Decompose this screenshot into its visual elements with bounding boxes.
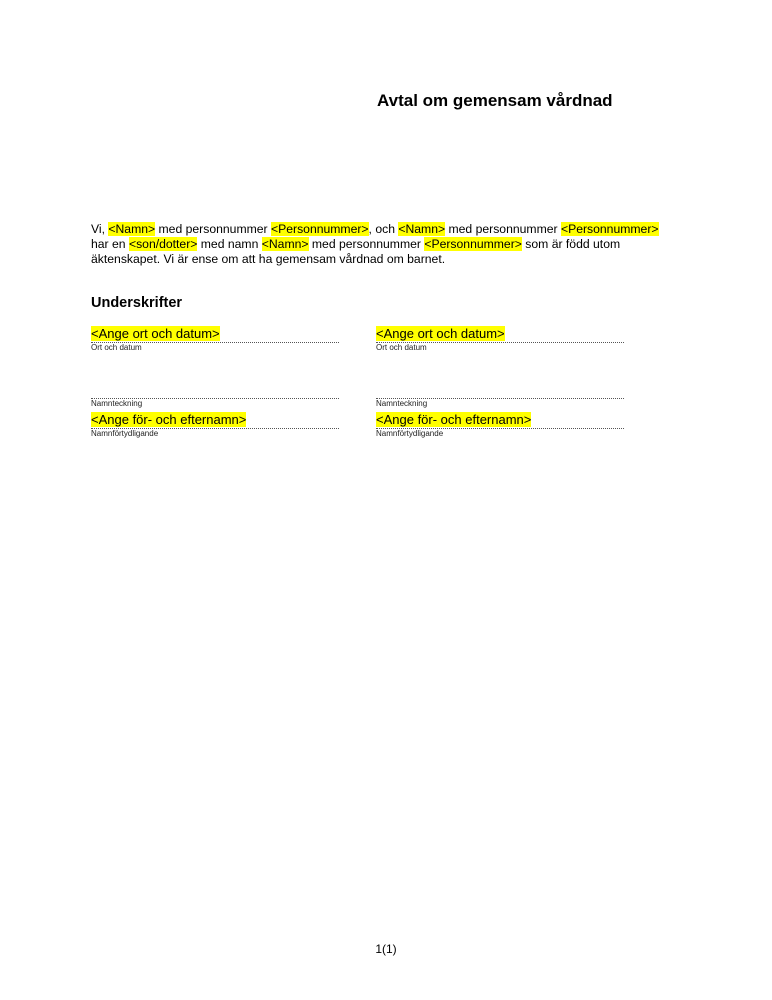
name-caption: Namnförtydligande xyxy=(91,429,339,439)
signature-caption: Namnteckning xyxy=(91,399,339,409)
place-date-caption: Ort och datum xyxy=(91,343,339,353)
name-caption: Namnförtydligande xyxy=(376,429,624,439)
placeholder-field[interactable]: <Namn> xyxy=(262,237,309,251)
placeholder-field[interactable]: <Personnummer> xyxy=(424,237,522,251)
intro-line-2: har en <son/dotter> med namn <Namn> med … xyxy=(91,237,691,252)
name-field[interactable]: <Ange för- och efternamn> Namnförtydliga… xyxy=(376,412,624,439)
intro-text: som är född utom xyxy=(522,237,620,251)
place-date-field[interactable]: <Ange ort och datum> Ort och datum xyxy=(376,326,624,353)
intro-line-3: äktenskapet. Vi är ense om att ha gemens… xyxy=(91,252,691,267)
signature-caption: Namnteckning xyxy=(376,399,624,409)
intro-text: med personnummer xyxy=(309,237,425,251)
signatures-heading: Underskrifter xyxy=(91,295,182,311)
intro-text: med personnummer xyxy=(445,222,561,236)
page-number: 1(1) xyxy=(0,942,772,956)
intro-paragraph: Vi, <Namn> med personnummer <Personnumme… xyxy=(91,222,691,267)
name-field[interactable]: <Ange för- och efternamn> Namnförtydliga… xyxy=(91,412,339,439)
name-value[interactable]: <Ange för- och efternamn> xyxy=(376,412,531,427)
intro-text: med personnummer xyxy=(155,222,271,236)
intro-line-1: Vi, <Namn> med personnummer <Personnumme… xyxy=(91,222,691,237)
signature-block-1: <Ange ort och datum> Ort och datum Namnt… xyxy=(91,326,339,439)
placeholder-field[interactable]: <son/dotter> xyxy=(129,237,197,251)
placeholder-field[interactable]: <Namn> xyxy=(398,222,445,236)
placeholder-field[interactable]: <Personnummer> xyxy=(561,222,659,236)
signature-block-2: <Ange ort och datum> Ort och datum Namnt… xyxy=(376,326,624,439)
intro-text: har en xyxy=(91,237,129,251)
document-title: Avtal om gemensam vårdnad xyxy=(377,91,613,111)
name-value[interactable]: <Ange för- och efternamn> xyxy=(91,412,246,427)
place-date-caption: Ort och datum xyxy=(376,343,624,353)
placeholder-field[interactable]: <Namn> xyxy=(108,222,155,236)
place-date-value[interactable]: <Ange ort och datum> xyxy=(376,326,505,341)
signature-field[interactable]: Namnteckning xyxy=(376,398,624,409)
intro-text: , och xyxy=(369,222,399,236)
place-date-field[interactable]: <Ange ort och datum> Ort och datum xyxy=(91,326,339,353)
place-date-value[interactable]: <Ange ort och datum> xyxy=(91,326,220,341)
intro-text: med namn xyxy=(197,237,261,251)
intro-text: äktenskapet. Vi är ense om att ha gemens… xyxy=(91,252,445,266)
signature-field[interactable]: Namnteckning xyxy=(91,398,339,409)
placeholder-field[interactable]: <Personnummer> xyxy=(271,222,369,236)
intro-text: Vi, xyxy=(91,222,108,236)
